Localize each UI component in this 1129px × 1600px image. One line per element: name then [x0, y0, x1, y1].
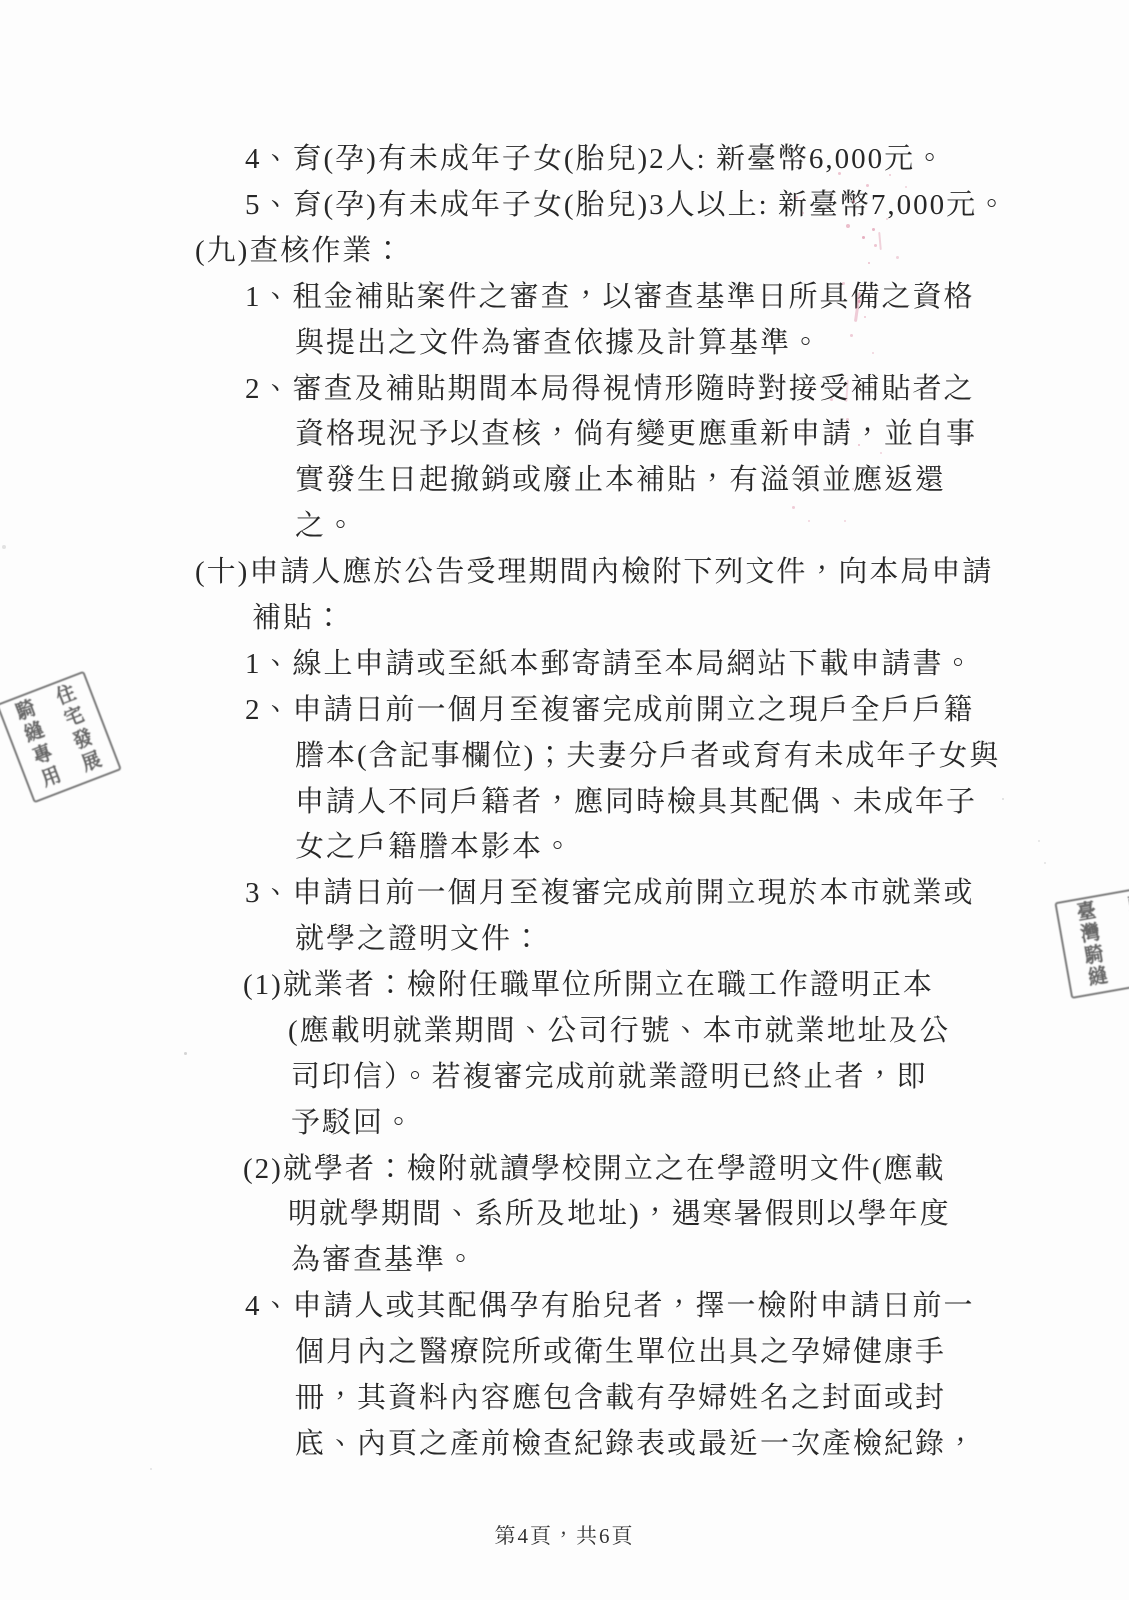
pink-stamp-residue-speck — [830, 398, 833, 401]
pink-stamp-residue-speck — [896, 256, 899, 259]
text-line: 予駁回。 — [291, 1107, 415, 1139]
text-line: 2、審查及補貼期間本局得視情形隨時對接受補貼者之 — [245, 373, 975, 405]
text-line: 資格現況予以查核，倘有變更應重新申請，並自事 — [295, 418, 977, 450]
text-line: 補貼： — [252, 602, 345, 634]
text-line: 2、申請日前一個月至複審完成前開立之現戶全戶戶籍 — [245, 694, 975, 726]
pink-stamp-residue-speck — [838, 470, 841, 473]
text-line: 之。 — [295, 510, 357, 542]
pink-stamp-residue-speck — [792, 506, 795, 509]
text-line: 女之戶籍謄本影本。 — [295, 831, 574, 863]
gray-scan-speck — [1002, 798, 1004, 800]
text-line: 謄本(含記事欄位)；夫妻分戶者或育有未成年子女與 — [295, 740, 1000, 772]
text-line: (2)就學者：檢附就讀學校開立之在學證明文件(應載 — [243, 1153, 945, 1185]
pink-stamp-residue-speck — [844, 520, 846, 522]
pink-stamp-residue-speck — [886, 218, 888, 220]
text-line: (九)查核作業： — [195, 235, 404, 267]
seal-glyph: 縫 — [1087, 966, 1109, 990]
gray-scan-speck — [150, 1468, 152, 1470]
pink-stamp-residue-speck — [880, 452, 882, 454]
pink-stamp-residue-speck — [846, 224, 850, 228]
text-line: 申請人不同戶籍者，應同時檢具其配偶、未成年子 — [295, 786, 977, 818]
text-line: 4、申請人或其配偶孕有胎兒者，擇一檢附申請日前一 — [245, 1290, 975, 1322]
gray-scan-speck — [1044, 862, 1046, 864]
text-line: 為審查基準。 — [291, 1244, 477, 1276]
text-line: 實發生日起撤銷或廢止本補貼，有溢領並應返還 — [295, 464, 946, 496]
seal-glyph: 用 — [39, 765, 64, 791]
scanned-document-page: { "page": { "footer_text": "第4頁，共6頁", "b… — [0, 0, 1129, 1600]
gray-scan-speck — [184, 1052, 187, 1055]
pink-stamp-residue-speck — [802, 212, 804, 214]
pink-stamp-residue-speck — [808, 520, 810, 522]
text-line: 4、育(孕)有未成年子女(胎兒)2人: 新臺幣6,000元。 — [245, 143, 946, 175]
text-line: (應載明就業期間、公司行號、本市就業地址及公 — [288, 1015, 951, 1047]
text-line: 司印信）。若複審完成前就業證明已終止者，即 — [291, 1061, 928, 1093]
text-line: 個月內之醫療院所或衛生單位出具之孕婦健康手 — [295, 1336, 946, 1368]
pink-stamp-residue-speck — [858, 444, 860, 446]
pink-stamp-residue-speck — [846, 418, 849, 421]
gray-scan-speck — [2, 545, 6, 549]
pink-stamp-residue-speck — [864, 316, 866, 318]
ink-seal-stamp-left: 住宅發展騎縫專用 — [0, 671, 122, 804]
text-line: 1、線上申請或至紙本郵寄請至本局網站下載申請書。 — [245, 648, 975, 680]
pink-stamp-residue-speck — [866, 184, 869, 187]
text-line: 底、內頁之產前檢查紀錄表或最近一次產檢紀錄， — [295, 1428, 977, 1460]
text-line: 與提出之文件為審查依據及計算基準。 — [295, 327, 822, 359]
text-line: 1、租金補貼案件之審查，以審查基準日所具備之資格 — [245, 281, 975, 313]
page-number-footer: 第4頁，共6頁 — [0, 1520, 1129, 1550]
pink-stamp-residue-streak — [878, 232, 882, 250]
text-line: 冊，其資料內容應包含載有孕婦姓名之封面或封 — [295, 1382, 946, 1414]
pink-stamp-residue-speck — [872, 352, 874, 354]
text-line: (十)申請人應於公告受理期間內檢附下列文件，向本局申請 — [195, 556, 993, 588]
pink-stamp-residue-speck — [874, 244, 877, 247]
pink-stamp-residue-speck — [852, 200, 855, 203]
text-line: 就學之證明文件： — [295, 923, 543, 955]
seal-glyph-column: 騎縫專用 — [13, 696, 65, 792]
pink-stamp-residue-speck — [842, 282, 845, 285]
document-page: 4、育(孕)有未成年子女(胎兒)2人: 新臺幣6,000元。5、育(孕)有未成年… — [0, 0, 1129, 1600]
seal-glyph: 展 — [79, 750, 104, 776]
pink-stamp-residue-speck — [905, 186, 907, 188]
pink-stamp-residue-speck — [838, 172, 841, 175]
text-line: 3、申請日前一個月至複審完成前開立現於本市就業或 — [245, 877, 975, 909]
pink-stamp-residue-speck — [872, 228, 875, 231]
pink-stamp-residue-speck — [795, 196, 798, 199]
gray-scan-speck — [1038, 840, 1040, 842]
ink-seal-stamp-right: 賴居縣騎臺灣騎縫 — [1054, 883, 1129, 999]
pink-stamp-residue-speck — [889, 174, 891, 176]
seal-glyph-column: 住宅發展 — [53, 681, 105, 777]
pink-stamp-residue-speck — [850, 334, 853, 337]
pink-stamp-residue-speck — [868, 262, 870, 264]
text-line: 5、育(孕)有未成年子女(胎兒)3人以上: 新臺幣7,000元。 — [245, 189, 1008, 221]
text-line: 明就學期間、系所及地址)，遇寒暑假則以學年度 — [288, 1198, 951, 1230]
pink-stamp-residue-speck — [852, 488, 854, 490]
pink-stamp-residue-speck — [862, 236, 865, 239]
seal-glyph-column: 臺灣騎縫 — [1075, 901, 1109, 991]
text-line: (1)就業者：檢附任職單位所開立在職工作證明正本 — [243, 969, 934, 1001]
